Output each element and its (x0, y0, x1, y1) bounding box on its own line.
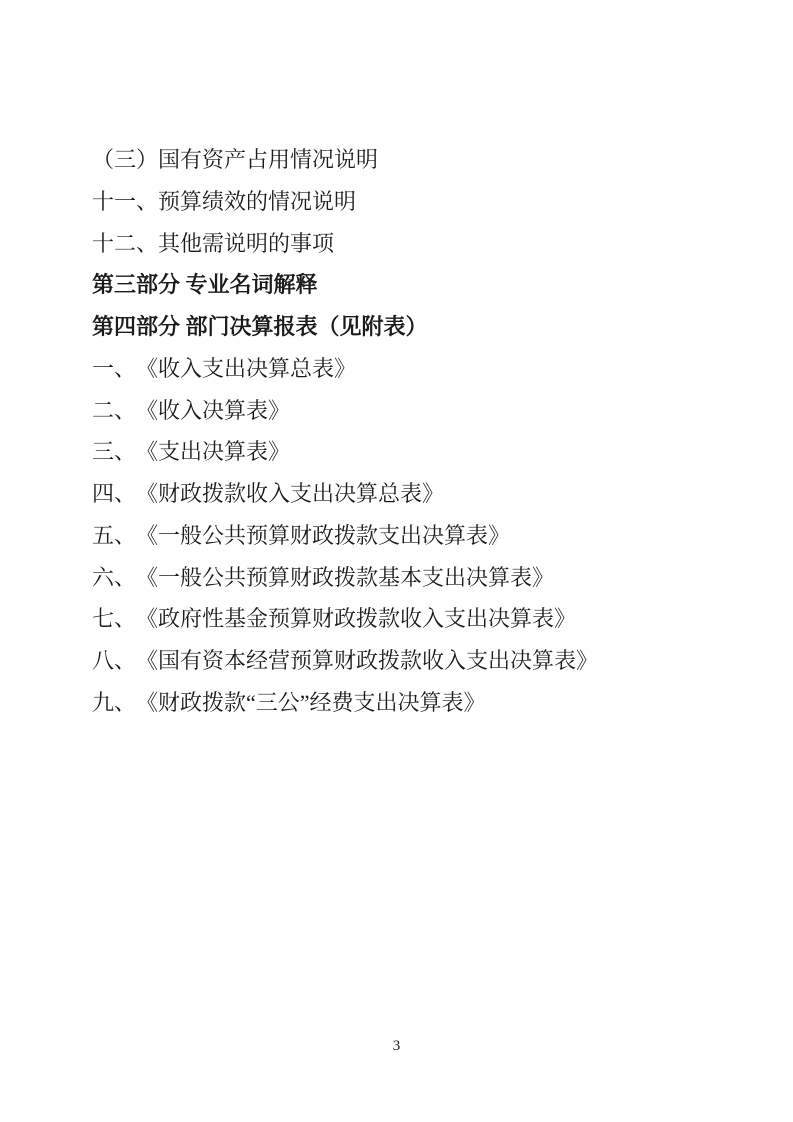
toc-line-table-6: 六、 《一般公共预算财政拨款基本支出决算表》 (92, 557, 743, 599)
document-body: （三）国有资产占用情况说明 十一、预算绩效的情况说明 十二、其他需说明的事项 第… (92, 139, 743, 724)
document-page: （三）国有资产占用情况说明 十一、预算绩效的情况说明 十二、其他需说明的事项 第… (0, 0, 793, 1122)
toc-line-table-9: 九、 《财政拨款“三公”经费支出决算表》 (92, 682, 743, 724)
toc-line-table-8: 八、 《国有资本经营预算财政拨款收入支出决算表》 (92, 640, 743, 682)
toc-line-table-7: 七、 《政府性基金预算财政拨款收入支出决算表》 (92, 598, 743, 640)
toc-line-table-1: 一、 《收入支出决算总表》 (92, 348, 743, 390)
section-heading-part-three: 第三部分 专业名词解释 (92, 264, 743, 306)
toc-line-table-4: 四、 《财政拨款收入支出决算总表》 (92, 473, 743, 515)
toc-line-table-3: 三、 《支出决算表》 (92, 431, 743, 473)
section-heading-part-four: 第四部分 部门决算报表（见附表） (92, 306, 743, 348)
page-number: 3 (393, 1038, 401, 1054)
page-footer: 3 (0, 1036, 793, 1056)
toc-line-other-matters-note: 十二、其他需说明的事项 (92, 223, 743, 265)
toc-line-table-2: 二、 《收入决算表》 (92, 390, 743, 432)
toc-line-budget-performance-note: 十一、预算绩效的情况说明 (92, 181, 743, 223)
toc-line-state-assets-note: （三）国有资产占用情况说明 (92, 139, 743, 181)
toc-line-table-5: 五、 《一般公共预算财政拨款支出决算表》 (92, 515, 743, 557)
